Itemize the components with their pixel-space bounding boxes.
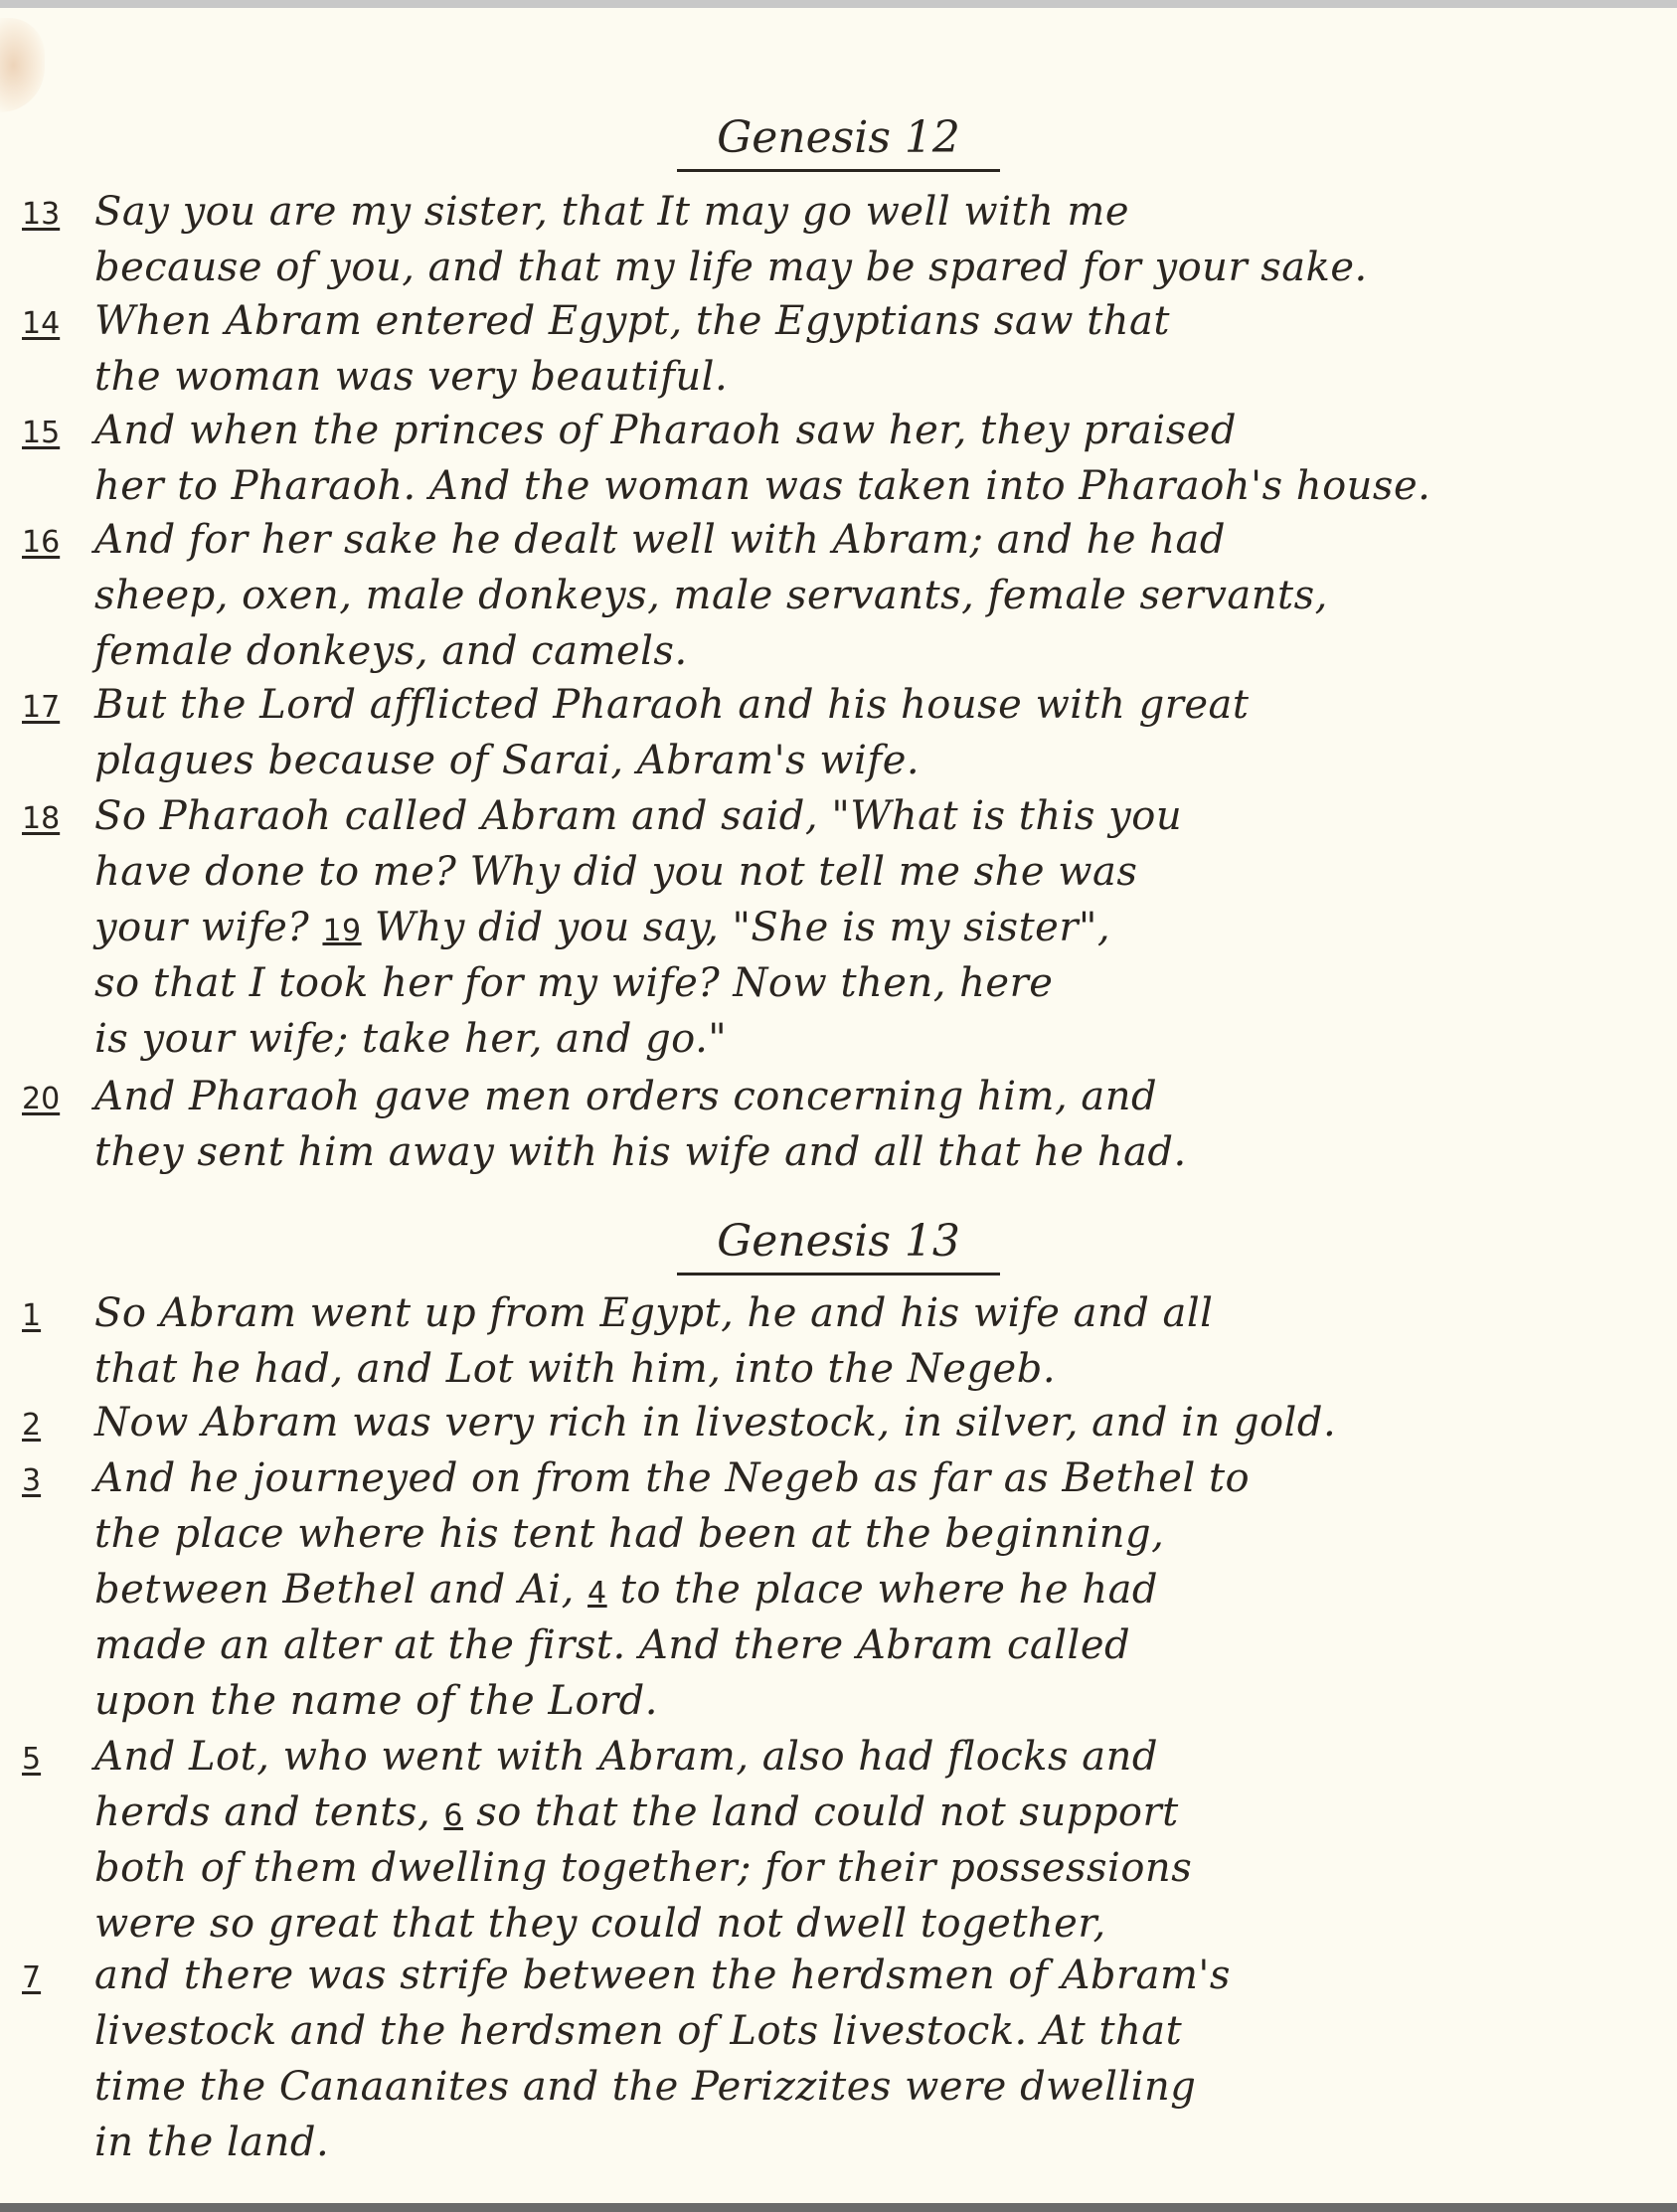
verse-line: Say you are my sister, that It may go we… [94, 189, 1129, 235]
verse-line: that he had, and Lot with him, into the … [94, 1346, 1056, 1392]
paper-stain [0, 18, 45, 112]
verse-line: the place where his tent had been at the… [94, 1511, 1164, 1557]
verse-line: and there was strife between the herdsme… [94, 1953, 1231, 1998]
verse-number: 7 [22, 1960, 41, 1995]
scan-edge [0, 2203, 1677, 2212]
verse-line: your wife? 19 Why did you say, "She is m… [94, 905, 1110, 950]
verse-line: And Lot, who went with Abram, also had f… [94, 1734, 1158, 1780]
verse-line: But the Lord afflicted Pharaoh and his h… [94, 682, 1249, 728]
verse-line: both of them dwelling together; for thei… [94, 1845, 1192, 1891]
verse-number: 14 [22, 306, 60, 341]
verse-line: made an alter at the first. And there Ab… [94, 1622, 1130, 1668]
verse-line: livestock and the herdsmen of Lots lives… [94, 2008, 1182, 2054]
verse-line: plagues because of Sarai, Abram's wife. [94, 738, 920, 783]
verse-line: upon the name of the Lord. [94, 1678, 658, 1724]
verse-number: 3 [22, 1463, 41, 1498]
verse-line: So Abram went up from Egypt, he and his … [94, 1290, 1213, 1336]
handwritten-page: Genesis 12 13 Say you are my sister, tha… [0, 8, 1677, 2203]
verse-line: in the land. [94, 2120, 329, 2165]
verse-number: 13 [22, 197, 60, 232]
verse-line: sheep, oxen, male donkeys, male servants… [94, 573, 1328, 618]
verse-line: And he journeyed on from the Negeb as fa… [94, 1455, 1250, 1501]
verse-number: 19 [322, 914, 361, 948]
verse-number: 5 [22, 1742, 41, 1777]
verse-line: the woman was very beautiful. [94, 354, 728, 400]
verse-line: so that I took her for my wife? Now then… [94, 960, 1053, 1006]
verse-number: 16 [22, 525, 60, 560]
verse-line: And Pharaoh gave men orders concerning h… [94, 1074, 1157, 1119]
section-heading: Genesis 12 [0, 112, 1677, 172]
verse-line: Now Abram was very rich in livestock, in… [94, 1400, 1336, 1446]
verse-line: is your wife; take her, and go." [94, 1016, 727, 1062]
verse-number: 15 [22, 416, 60, 450]
verse-line: herds and tents, 6 so that the land coul… [94, 1789, 1179, 1835]
verse-number: 2 [22, 1408, 41, 1443]
verse-line: And when the princes of Pharaoh saw her,… [94, 408, 1237, 453]
verse-line: And for her sake he dealt well with Abra… [94, 517, 1226, 563]
verse-line: because of you, and that my life may be … [94, 245, 1368, 290]
verse-line: time the Canaanites and the Perizzites w… [94, 2064, 1196, 2110]
verse-line: When Abram entered Egypt, the Egyptians … [94, 298, 1170, 344]
section-heading: Genesis 13 [0, 1216, 1677, 1276]
verse-line: her to Pharaoh. And the woman was taken … [94, 463, 1430, 509]
verse-line: they sent him away with his wife and all… [94, 1129, 1187, 1175]
verse-line: So Pharaoh called Abram and said, "What … [94, 793, 1182, 839]
verse-number: 4 [587, 1576, 607, 1611]
verse-line: have done to me? Why did you not tell me… [94, 849, 1137, 895]
verse-number: 20 [22, 1082, 60, 1116]
verse-line: female donkeys, and camels. [94, 628, 688, 674]
verse-line: between Bethel and Ai, 4 to the place wh… [94, 1567, 1158, 1613]
verse-number: 6 [443, 1798, 463, 1833]
verse-number: 1 [22, 1298, 41, 1333]
verse-line: were so great that they could not dwell … [94, 1901, 1106, 1947]
verse-number: 18 [22, 801, 60, 836]
verse-number: 17 [22, 690, 60, 725]
